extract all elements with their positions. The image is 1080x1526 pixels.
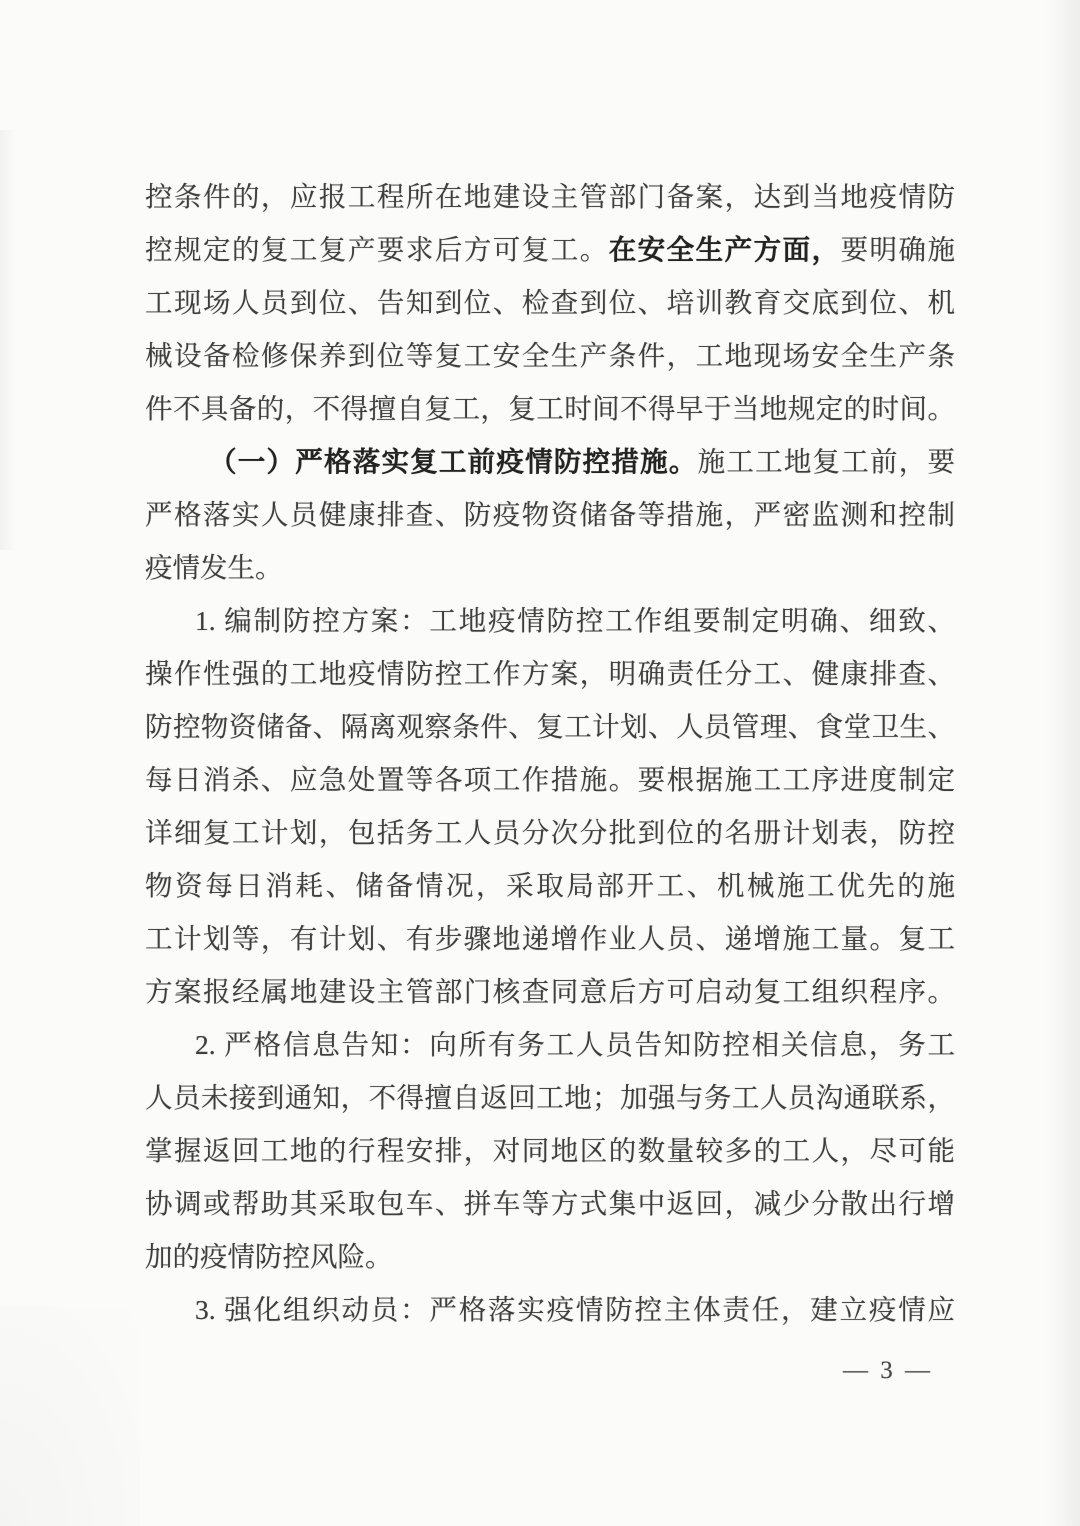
text-line: 1. 编制防控方案：工地疫情防控工作组要制定明确、细致、: [145, 594, 955, 647]
text-segment: 要明确施: [841, 234, 955, 265]
text-segment: 件不具备的，不得擅自复工，复工时间不得早于当地规定的时间。: [145, 393, 955, 424]
text-line: 掌握返回工地的行程安排，对同地区的数量较多的工人，尽可能: [145, 1124, 955, 1177]
text-segment: 方案报经属地建设主管部门核查同意后方可启动复工组织程序。: [145, 976, 955, 1007]
text-segment: 械设备检修保养到位等复工安全生产条件，工地现场安全生产条: [145, 340, 955, 371]
scan-artifact-left: [0, 130, 16, 550]
text-segment: 疫情发生。: [145, 552, 283, 583]
text-segment: 控条件的，应报工程所在地建设主管部门备案，达到当地疫情防: [145, 181, 955, 212]
bold-text-segment: （一）严格落实复工前疫情防控措施。: [209, 446, 698, 477]
text-line: 严格落实人员健康排查、防疫物资储备等措施，严密监测和控制: [145, 488, 955, 541]
text-line: （一）严格落实复工前疫情防控措施。施工工地复工前，要: [145, 435, 955, 488]
text-line: 控条件的，应报工程所在地建设主管部门备案，达到当地疫情防: [145, 170, 955, 223]
document-body: 控条件的，应报工程所在地建设主管部门备案，达到当地疫情防控规定的复工复产要求后方…: [145, 170, 955, 1336]
text-line: 详细复工计划，包括务工人员分次分批到位的名册计划表，防控: [145, 806, 955, 859]
text-line: 件不具备的，不得擅自复工，复工时间不得早于当地规定的时间。: [145, 382, 955, 435]
text-line: 加的疫情防控风险。: [145, 1230, 955, 1283]
text-segment: 防控物资储备、隔离观察条件、复工计划、人员管理、食堂卫生、: [145, 711, 955, 742]
text-segment: 物资每日消耗、储备情况，采取局部开工、机械施工优先的施: [145, 870, 955, 901]
text-segment: 协调或帮助其采取包车、拼车等方式集中返回，减少分散出行增: [145, 1188, 955, 1219]
text-line: 每日消杀、应急处置等各项工作措施。要根据施工工序进度制定: [145, 753, 955, 806]
page-number: — 3 —: [145, 1348, 955, 1394]
text-line: 协调或帮助其采取包车、拼车等方式集中返回，减少分散出行增: [145, 1177, 955, 1230]
text-segment: 人员未接到通知，不得擅自返回工地；加强与务工人员沟通联系，: [145, 1082, 955, 1113]
text-segment: 1. 编制防控方案：工地疫情防控工作组要制定明确、细致、: [195, 605, 955, 636]
text-segment: 严格落实人员健康排查、防疫物资储备等措施，严密监测和控制: [145, 499, 955, 530]
text-line: 工现场人员到位、告知到位、检查到位、培训教育交底到位、机: [145, 276, 955, 329]
text-segment: 控规定的复工复产要求后方可复工。: [145, 234, 609, 265]
text-line: 械设备检修保养到位等复工安全生产条件，工地现场安全生产条: [145, 329, 955, 382]
text-line: 物资每日消耗、储备情况，采取局部开工、机械施工优先的施: [145, 859, 955, 912]
text-line: 工计划等，有计划、有步骤地递增作业人员、递增施工量。复工: [145, 912, 955, 965]
document-page: { "page": { "number_label": "— 3 —" }, "…: [0, 0, 1080, 1526]
scan-artifact-right: [1046, 0, 1080, 1526]
text-line: 防控物资储备、隔离观察条件、复工计划、人员管理、食堂卫生、: [145, 700, 955, 753]
text-line: 方案报经属地建设主管部门核查同意后方可启动复工组织程序。: [145, 965, 955, 1018]
text-line: 操作性强的工地疫情防控工作方案，明确责任分工、健康排查、: [145, 647, 955, 700]
text-segment: 加的疫情防控风险。: [145, 1241, 393, 1272]
text-segment: 操作性强的工地疫情防控工作方案，明确责任分工、健康排查、: [145, 658, 955, 689]
text-line: 2. 严格信息告知：向所有务工人员告知防控相关信息，务工: [145, 1018, 955, 1071]
text-segment: 掌握返回工地的行程安排，对同地区的数量较多的工人，尽可能: [145, 1135, 955, 1166]
text-segment: 每日消杀、应急处置等各项工作措施。要根据施工工序进度制定: [145, 764, 955, 795]
text-segment: 工现场人员到位、告知到位、检查到位、培训教育交底到位、机: [145, 287, 955, 318]
text-segment: 2. 严格信息告知：向所有务工人员告知防控相关信息，务工: [195, 1029, 955, 1060]
text-line: 疫情发生。: [145, 541, 955, 594]
text-line: 人员未接到通知，不得擅自返回工地；加强与务工人员沟通联系，: [145, 1071, 955, 1124]
text-segment: 施工工地复工前，要: [698, 446, 955, 477]
text-line: 3. 强化组织动员：严格落实疫情防控主体责任，建立疫情应: [145, 1283, 955, 1336]
bold-text-segment: 在安全生产方面，: [609, 234, 841, 265]
text-segment: 3. 强化组织动员：严格落实疫情防控主体责任，建立疫情应: [195, 1294, 955, 1325]
text-segment: 详细复工计划，包括务工人员分次分批到位的名册计划表，防控: [145, 817, 955, 848]
text-segment: 工计划等，有计划、有步骤地递增作业人员、递增施工量。复工: [145, 923, 955, 954]
text-line: 控规定的复工复产要求后方可复工。在安全生产方面，要明确施: [145, 223, 955, 276]
scan-artifact-bottom: [0, 1306, 140, 1526]
